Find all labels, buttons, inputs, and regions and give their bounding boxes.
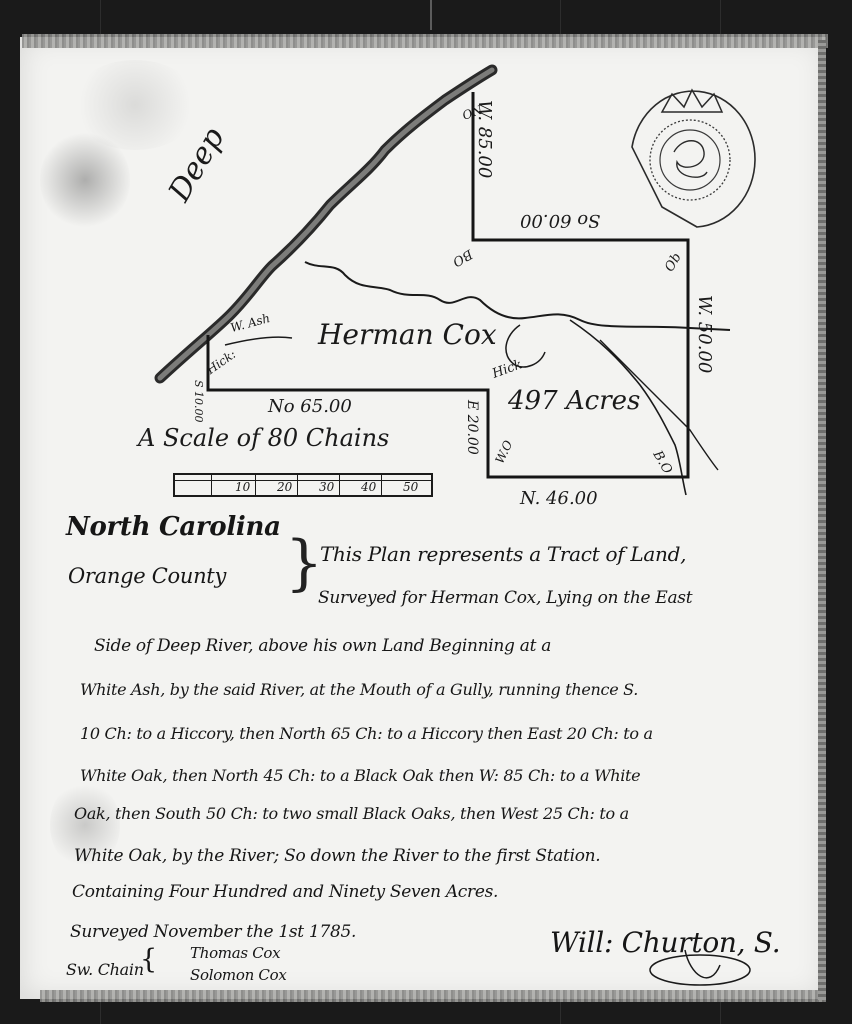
- description-line: 10 Ch: to a Hiccory, then North 65 Ch: t…: [80, 724, 653, 743]
- chain-carrier-2: Solomon Cox: [190, 966, 287, 984]
- description-line: Oak, then South 50 Ch: to two small Blac…: [74, 804, 629, 823]
- scale-tick-label: 10: [235, 480, 250, 494]
- chain-carrier-1: Thomas Cox: [190, 944, 280, 962]
- description-line: White Oak, by the River; So down the Riv…: [74, 846, 600, 866]
- bearing-north-bottom-right: N. 46.00: [520, 488, 598, 509]
- county-heading: Orange County: [68, 564, 226, 588]
- chain-brace: {: [140, 944, 157, 975]
- acreage-label: 497 Acres: [508, 386, 640, 416]
- description-line: Side of Deep River, above his own Land B…: [94, 636, 551, 656]
- tract-boundary: [208, 92, 688, 477]
- state-heading: North Carolina: [66, 512, 281, 542]
- bearing-west-top: W. 85.00: [474, 100, 495, 178]
- chain-carriers-label: Sw. Chain: [66, 960, 144, 979]
- scale-tick-label: 40: [361, 480, 376, 494]
- scale-title: A Scale of 80 Chains: [138, 424, 389, 452]
- scale-tick-label: 30: [319, 480, 334, 494]
- bearing-south-top: So 60.00: [520, 210, 600, 231]
- bearing-west-right: W. 50.00: [694, 295, 715, 373]
- description-line: This Plan represents a Tract of Land,: [320, 542, 686, 566]
- description-line: White Oak, then North 45 Ch: to a Black …: [80, 766, 640, 785]
- scale-bar: 10 20 30 40 50: [173, 473, 433, 497]
- description-line: Surveyed for Herman Cox, Lying on the Ea…: [318, 588, 692, 608]
- scale-tick-label: 50: [403, 480, 418, 494]
- seal: [632, 90, 755, 227]
- bearing-east-short: E 20.00: [464, 400, 480, 455]
- description-line: Containing Four Hundred and Ninety Seven…: [72, 882, 498, 902]
- bearing-south-west: S 10.00: [192, 380, 205, 423]
- bearing-north-bottom: No 65.00: [268, 396, 352, 417]
- scale-tick-label: 20: [277, 480, 292, 494]
- description-line: White Ash, by the said River, at the Mou…: [80, 680, 638, 699]
- surveyed-date: Surveyed November the 1st 1785.: [70, 922, 356, 942]
- signature-flourish: [640, 945, 760, 995]
- owner-label: Herman Cox: [318, 318, 497, 351]
